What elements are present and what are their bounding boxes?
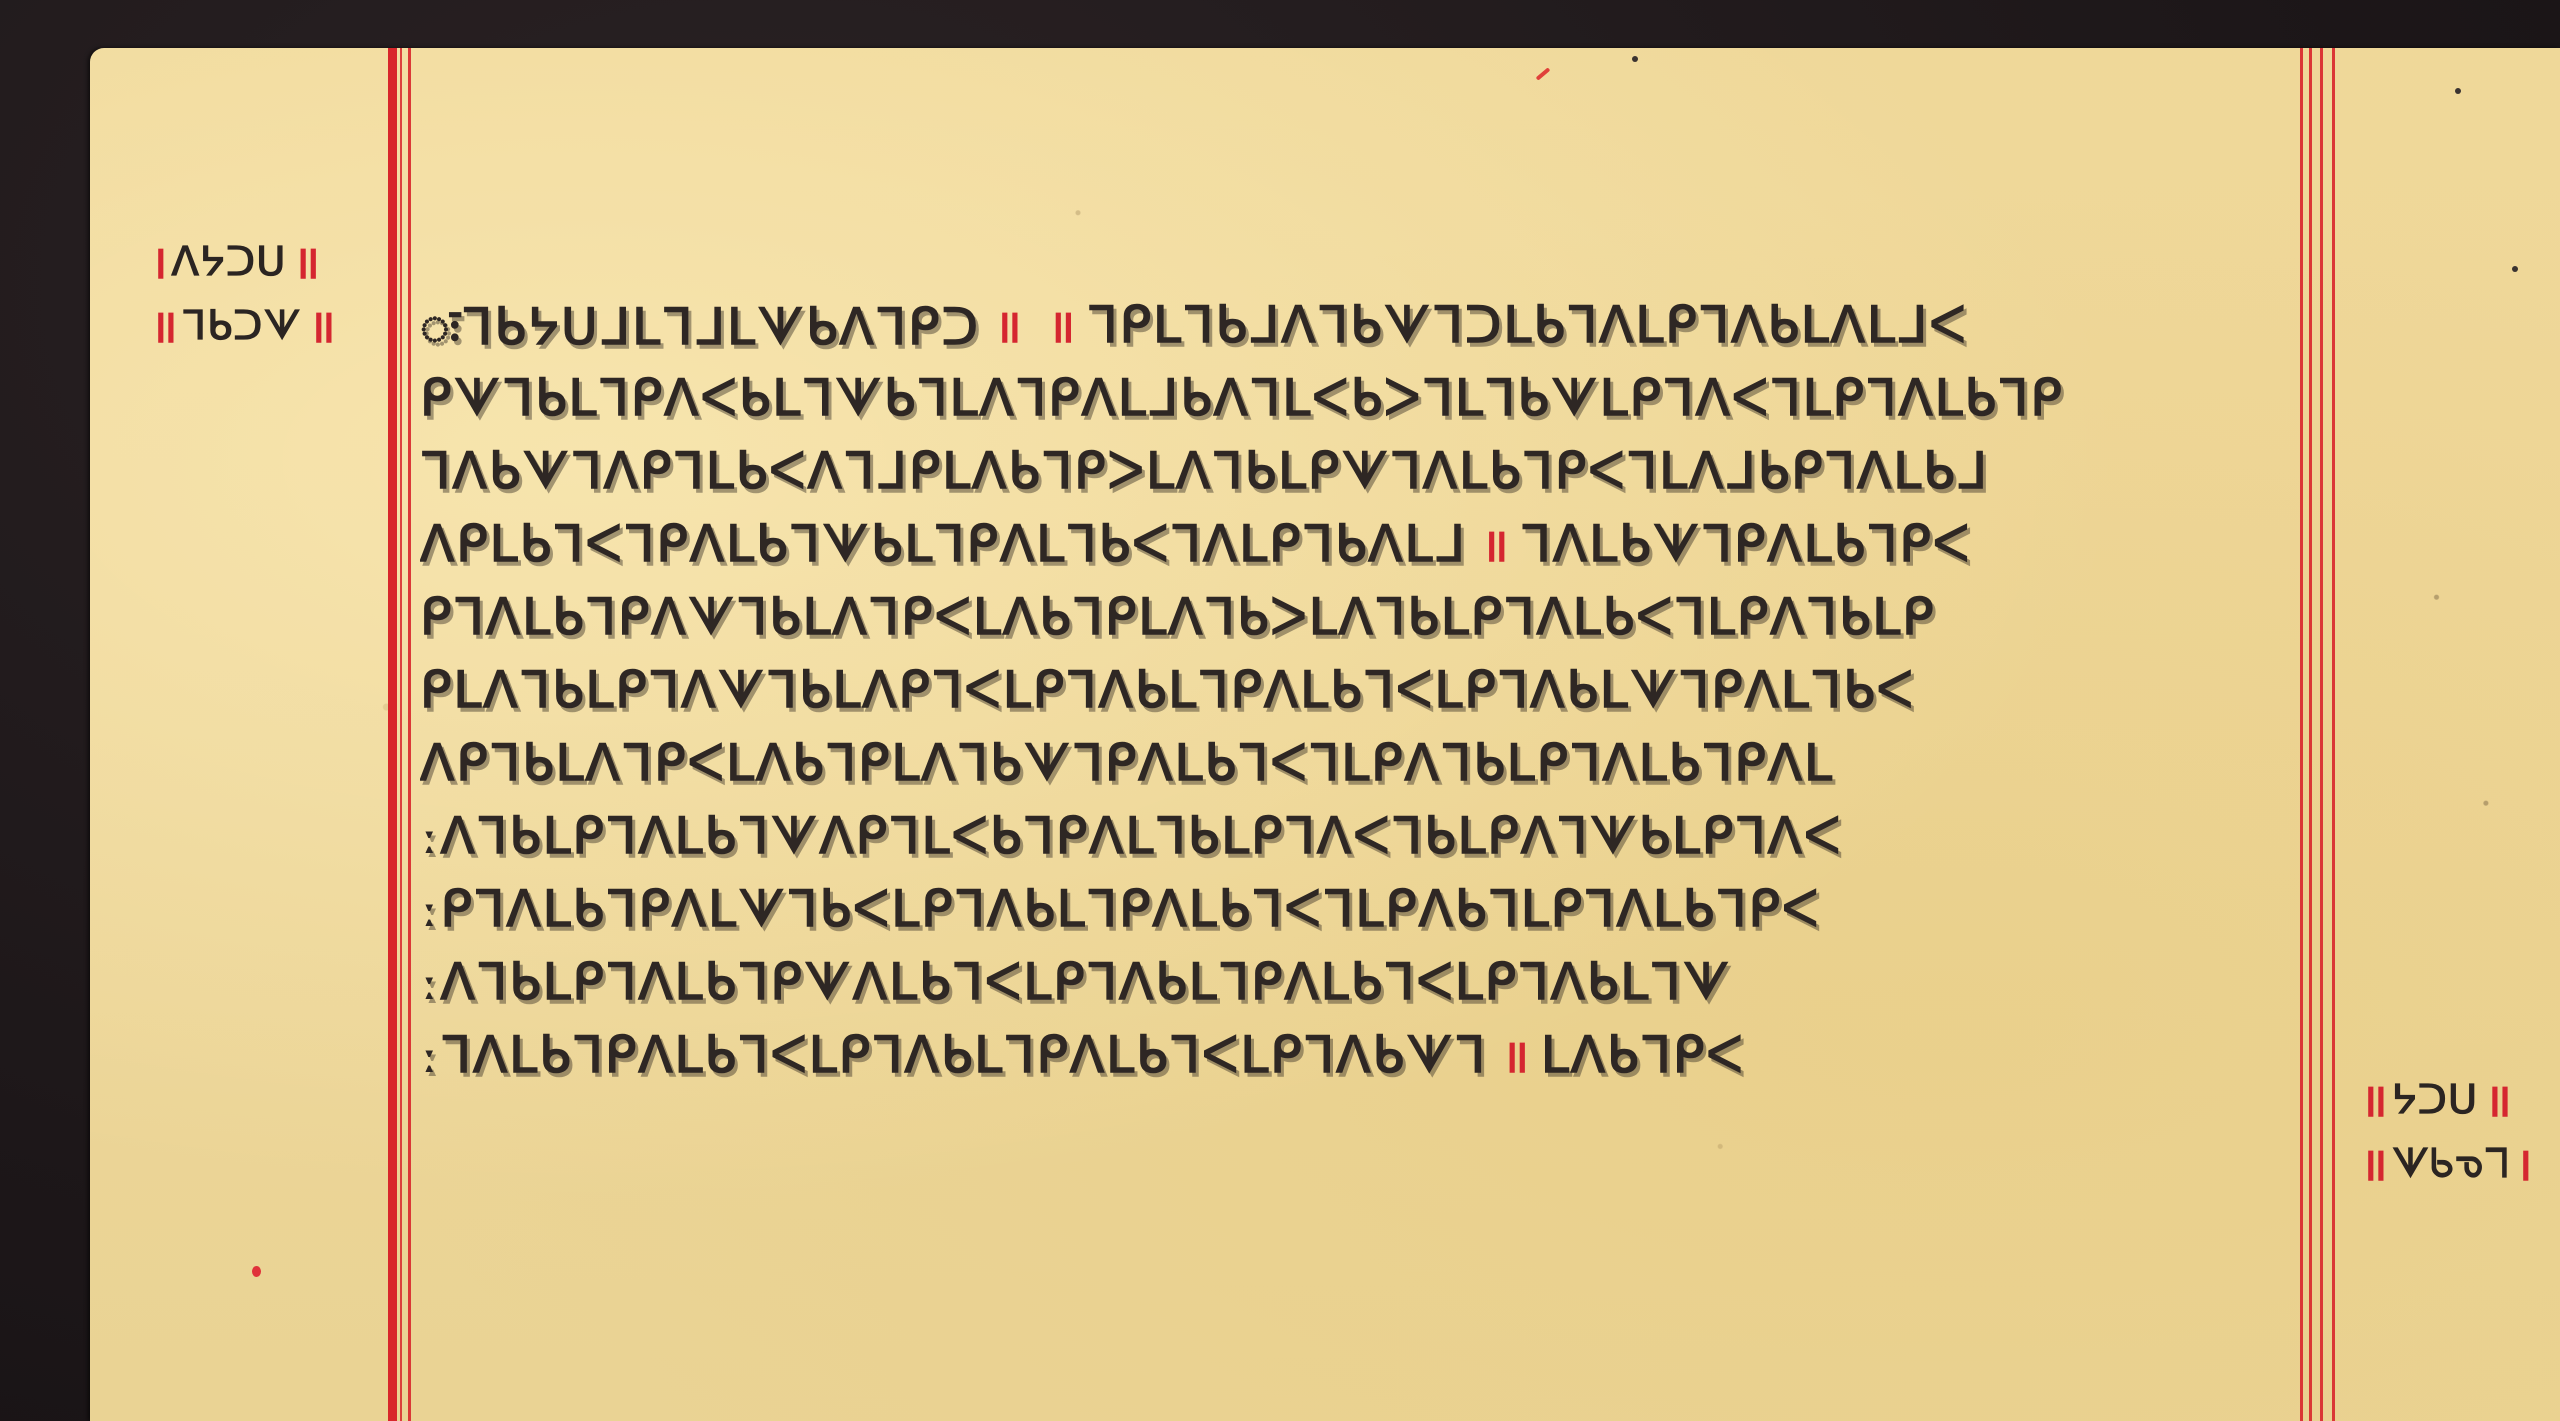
text-segment: ᐱᑭᒣᑲᒪᐱᒣᑭᐸᒪᐱᑲᒣᑭᒪᐱᒣᑲᗐᒣᑭᐱᒪᑲᒣᐸᒣᒪᑭᐱᒣᑲᒪᑭᒣᐱᒪᑲᒣᑭ… (420, 733, 1834, 793)
text-line-9: ːᑭᒣᐱᒪᑲᒣᑭᐱᒪᗐᒣᑲᐸᒪᑭᒣᐱᑲᒪᒣᑭᐱᒪᑲᒣᐸᒣᒪᑭᐱᑲᒣᒪᑭᒣᐱᒪᑲᒣ… (420, 872, 2300, 945)
left-red-ruling-hair (400, 48, 402, 1421)
right-red-ruling-4 (2332, 48, 2335, 1421)
text-segment: ᑭᒪᐱᒣᑲᒪᑭᒣᐱᗐᒣᑲᒪᐱᑭᒣᐸᒪᑭᒣᐱᑲᒪᒣᑭᐱᒪᑲᒣᐸᒪᑭᒣᐱᑲᒪᗐᒣᑭᐱ… (420, 660, 1915, 720)
right-margin-line-1: ॥ ᔭᑐᑌ ॥ (2360, 1078, 2530, 1122)
right-margin-annotation: ॥ ᔭᑐᑌ ॥ ॥ ᗐᑲᓀᒣ । (2360, 1078, 2530, 1186)
text-segment: ːᑭᒣᐱᒪᑲᒣᑭᐱᒪᗐᒣᑲᐸᒪᑭᒣᐱᑲᒪᒣᑭᐱᒪᑲᒣᐸᒣᒪᑭᐱᑲᒣᒪᑭᒣᐱᒪᑲᒣ… (420, 879, 1820, 939)
red-danda-mark: ॥ (150, 304, 176, 348)
red-ink-tick (1536, 67, 1551, 80)
red-danda-mark: ॥ (2360, 1078, 2386, 1122)
red-danda-mark: ॥ (994, 294, 1020, 356)
text-segment: ːᐱᒣᑲᒪᑭᒣᐱᒪᑲᒣᗐᐱᑭᒣᒪᐸᑲᒣᑭᐱᒪᒣᑲᒪᑭᒣᐱᐸᒣᑲᒪᑭᐱᒣᗐᑲᒪᑭᒣ… (420, 806, 1842, 866)
text-segment: ᑭᒣᐱᒪᑲᒣᑭᐱᗐᒣᑲᒪᐱᒣᑭᐸᒪᐱᑲᒣᑭᒪᐱᒣᑲᐳᒪᐱᒣᑲᒪᑭᒣᐱᒪᑲᐸᒣᒪᑭ… (420, 587, 1936, 647)
margin-text: ᒣᑲᑐᗐ (182, 304, 302, 348)
left-red-ruling-thick (388, 48, 397, 1421)
margin-text: ᐱᔭᑐᑌ (171, 240, 286, 284)
text-line-8: ːᐱᒣᑲᒪᑭᒣᐱᒪᑲᒣᗐᐱᑭᒣᒪᐸᑲᒣᑭᐱᒪᒣᑲᒪᑭᒣᐱᐸᒣᑲᒪᑭᐱᒣᗐᑲᒪᑭᒣ… (420, 799, 2300, 872)
text-segment: ᐱᑭᒪᑲᒣᐸᒣᑭᐱᒪᑲᒣᗐᑲᒪᒣᑭᐱᒪᒣᑲᐸᒣᐱᒪᑭᒣᑲᐱᒪᒧ (420, 514, 1467, 574)
right-red-ruling-1 (2300, 48, 2303, 1421)
text-segment: ᒣᑭᒪᒣᑲᒧᐱᒣᑲᗐᒣᑐᒪᑲᒣᐱᒪᑭᒣᐱᑲᒪᐱᒪᒧᐸ (1087, 295, 1968, 355)
right-margin-line-2: ॥ ᗐᑲᓀᒣ । (2360, 1142, 2530, 1186)
text-segment: ᒣᐱᑲᗐᒣᐱᑭᒣᒪᑲᐸᐱᒣᒧᑭᒪᐱᑲᒣᑭᐳᒪᐱᒣᑲᒪᑭᗐᒣᐱᒪᑲᒣᑭᐸᒣᒪᐱᒧᑲ… (420, 441, 1989, 501)
margin-text: ᔭᑐᑌ (2392, 1078, 2479, 1122)
manuscript-folio: । ᐱᔭᑐᑌ ॥ ॥ ᒣᑲᑐᗐ ॥ ॥ ᔭᑐᑌ ॥ ॥ ᗐᑲᓀᒣ । ःᒣᑲᔭᑌ… (90, 48, 2560, 1421)
red-danda-mark: ॥ (1048, 294, 1074, 356)
text-segment: ᒪᐱᑲᒣᑭᐸ (1541, 1025, 1745, 1084)
left-margin-line-2: ॥ ᒣᑲᑐᗐ ॥ (150, 304, 334, 348)
main-text-block: ःᒣᑲᔭᑌᒧᒪᒣᒧᒪᗐᑲᐱᒣᑭᑐ ॥ ॥ ᒣᑭᒪᒣᑲᒧᐱᒣᑲᗐᒣᑐᒪᑲᒣᐱᒪᑭᒣ… (420, 288, 2300, 1091)
text-segment: ːᒣᐱᒪᑲᒣᑭᐱᒪᑲᒣᐸᒪᑭᒣᐱᑲᒪᒣᑭᐱᒪᑲᒣᐸᒪᑭᒣᐱᑲᗐᒣ (420, 1025, 1487, 1085)
left-margin-annotation: । ᐱᔭᑐᑌ ॥ ॥ ᒣᑲᑐᗐ ॥ (150, 240, 334, 348)
left-red-ruling-thin (408, 48, 411, 1421)
text-line-4: ᐱᑭᒪᑲᒣᐸᒣᑭᐱᒪᑲᒣᗐᑲᒪᒣᑭᐱᒪᒣᑲᐸᒣᐱᒪᑭᒣᑲᐱᒪᒧ ॥ ᒣᐱᒪᑲᗐᒣ… (420, 507, 2300, 580)
red-ink-spot (252, 1266, 261, 1277)
text-line-3: ᒣᐱᑲᗐᒣᐱᑭᒣᒪᑲᐸᐱᒣᒧᑭᒪᐱᑲᒣᑭᐳᒪᐱᒣᑲᒪᑭᗐᒣᐱᒪᑲᒣᑭᐸᒣᒪᐱᒧᑲ… (420, 434, 2300, 507)
red-danda-mark: ॥ (2484, 1078, 2510, 1122)
text-segment: ᑭᗐᒣᑲᒪᒣᑭᐱᐸᑲᒪᒣᗐᑲᒣᒪᐱᒣᑭᐱᒪᒧᑲᐱᒣᒪᐸᑲᐳᒣᒪᒣᑲᗐᒪᑭᒣᐱᐸᒣ… (420, 368, 2064, 428)
text-line-11: ːᒣᐱᒪᑲᒣᑭᐱᒪᑲᒣᐸᒪᑭᒣᐱᑲᒪᒣᑭᐱᒪᑲᒣᐸᒪᑭᒣᐱᑲᗐᒣ ॥ ᒪᐱᑲᒣᑭ… (420, 1018, 2300, 1091)
paper-speck (2455, 88, 2461, 94)
text-line-10: ːᐱᒣᑲᒪᑭᒣᐱᒪᑲᒣᑭᗐᐱᒪᑲᒣᐸᒪᑭᒣᐱᑲᒪᒣᑭᐱᒪᑲᒣᐸᒪᑭᒣᐱᑲᒪᒣᗐ (420, 945, 2300, 1018)
red-danda-mark: । (150, 240, 165, 284)
text-segment: ᒣᐱᒪᑲᗐᒣᑭᐱᒪᑲᒣᑭᐸ (1520, 514, 1971, 574)
text-line-7: ᐱᑭᒣᑲᒪᐱᒣᑭᐸᒪᐱᑲᒣᑭᒪᐱᒣᑲᗐᒣᑭᐱᒪᑲᒣᐸᒣᒪᑭᐱᒣᑲᒪᑭᒣᐱᒪᑲᒣᑭ… (420, 726, 2300, 799)
paper-speck (2512, 266, 2518, 272)
text-segment: ःᒣᑲᔭᑌᒧᒪᒣᒧᒪᗐᑲᐱᒣᑭᑐ (420, 291, 980, 359)
margin-text: ᗐᑲᓀᒣ (2392, 1142, 2509, 1186)
red-danda-mark: ॥ (292, 240, 318, 284)
text-line-2: ᑭᗐᒣᑲᒪᒣᑭᐱᐸᑲᒪᒣᗐᑲᒣᒪᐱᒣᑭᐱᒪᒧᑲᐱᒣᒪᐸᑲᐳᒣᒪᒣᑲᗐᒪᑭᒣᐱᐸᒣ… (420, 361, 2300, 434)
red-danda-mark: । (2515, 1142, 2530, 1186)
right-red-ruling-2 (2309, 48, 2312, 1421)
red-danda-mark: ॥ (1501, 1024, 1527, 1086)
red-danda-mark: ॥ (2360, 1142, 2386, 1186)
paper-speck (1632, 56, 1638, 62)
text-line-6: ᑭᒪᐱᒣᑲᒪᑭᒣᐱᗐᒣᑲᒪᐱᑭᒣᐸᒪᑭᒣᐱᑲᒪᒣᑭᐱᒪᑲᒣᐸᒪᑭᒣᐱᑲᒪᗐᒣᑭᐱ… (420, 653, 2300, 726)
text-line-1: ःᒣᑲᔭᑌᒧᒪᒣᒧᒪᗐᑲᐱᒣᑭᑐ ॥ ॥ ᒣᑭᒪᒣᑲᒧᐱᒣᑲᗐᒣᑐᒪᑲᒣᐱᒪᑭᒣ… (420, 288, 2300, 361)
text-line-5: ᑭᒣᐱᒪᑲᒣᑭᐱᗐᒣᑲᒪᐱᒣᑭᐸᒪᐱᑲᒣᑭᒪᐱᒣᑲᐳᒪᐱᒣᑲᒪᑭᒣᐱᒪᑲᐸᒣᒪᑭ… (420, 580, 2300, 653)
red-danda-mark: ॥ (308, 304, 334, 348)
left-margin-line-1: । ᐱᔭᑐᑌ ॥ (150, 240, 334, 284)
text-segment: ːᐱᒣᑲᒪᑭᒣᐱᒪᑲᒣᑭᗐᐱᒪᑲᒣᐸᒪᑭᒣᐱᑲᒪᒣᑭᐱᒪᑲᒣᐸᒪᑭᒣᐱᑲᒪᒣᗐ (420, 952, 1732, 1012)
red-danda-mark: ॥ (1481, 513, 1507, 575)
right-red-ruling-3 (2320, 48, 2323, 1421)
